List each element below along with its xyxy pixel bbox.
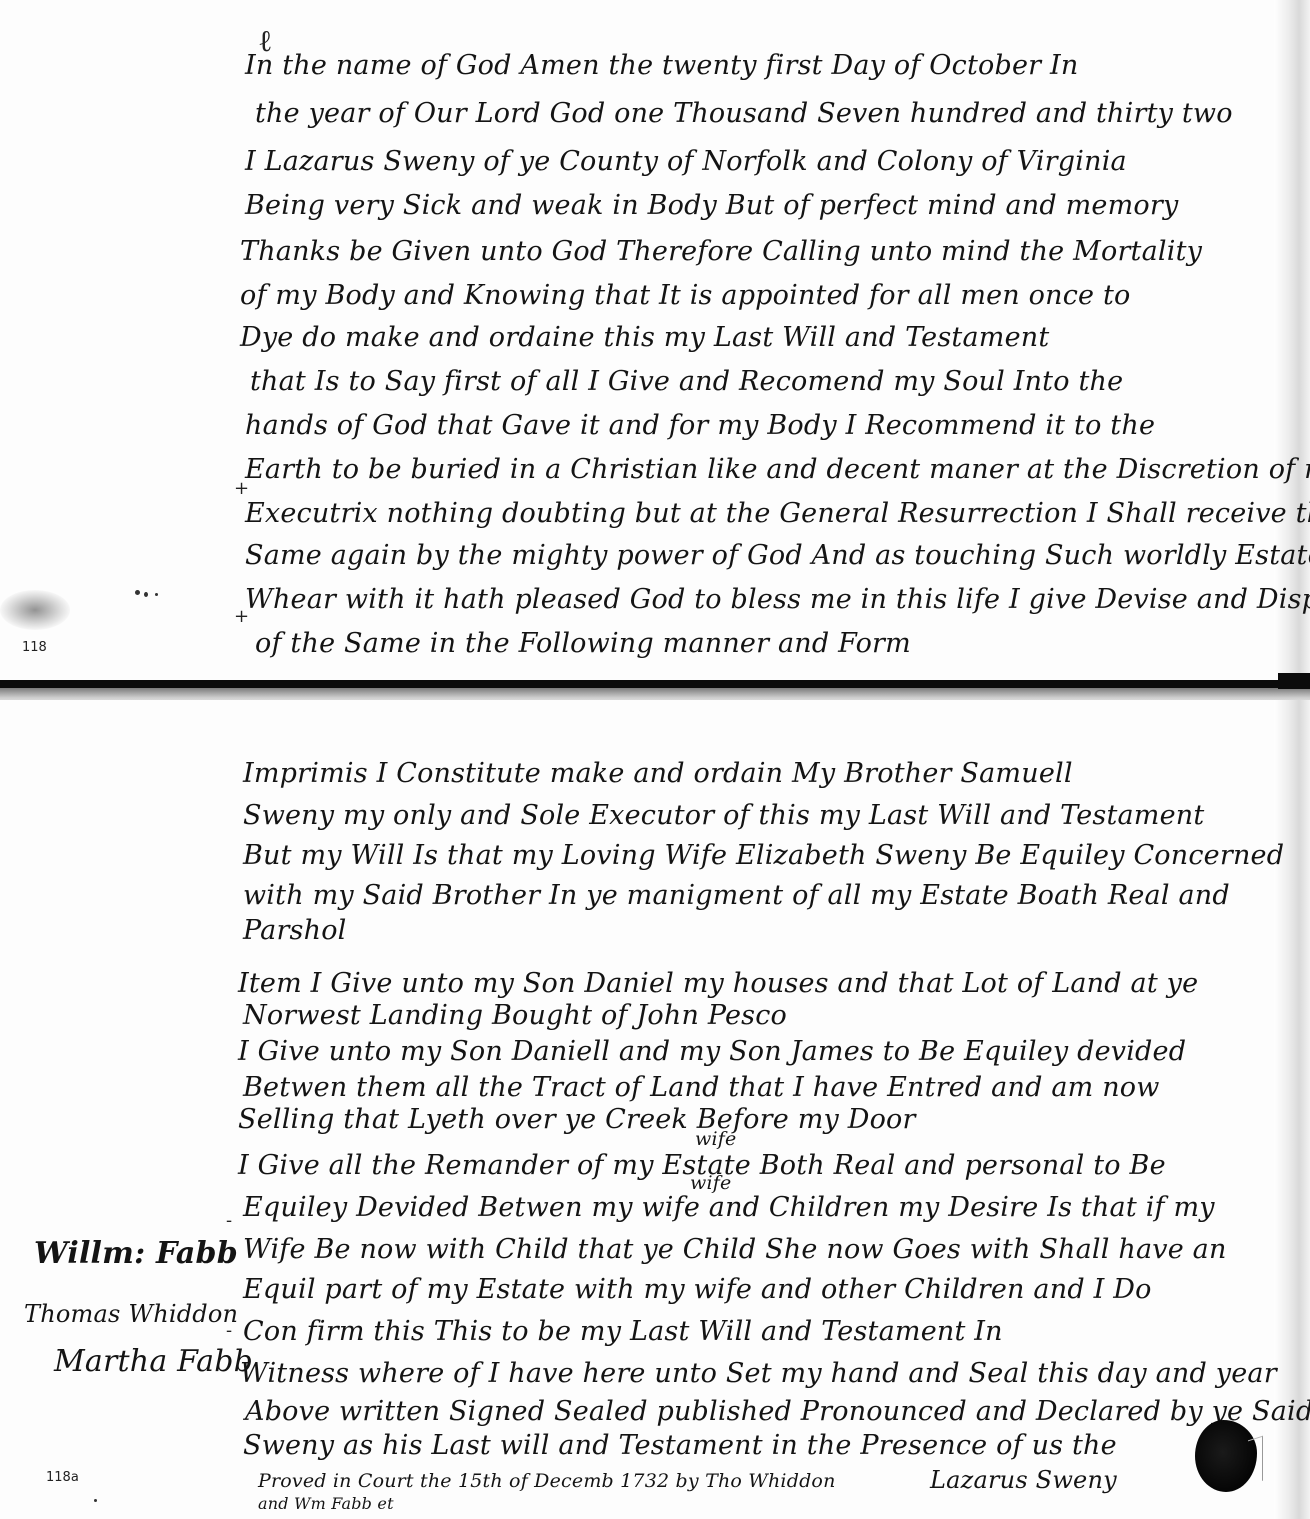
will-line: of the Same in the Following manner and …	[255, 628, 911, 659]
ink-speck	[144, 592, 148, 597]
ink-speck	[135, 590, 140, 595]
seal-flap	[1248, 1436, 1263, 1486]
will-line: Sweny as his Last will and Testament in …	[243, 1430, 1117, 1461]
will-line: Wife Be now with Child that ye Child She…	[243, 1234, 1227, 1265]
probate-note: and Wm Fabb et	[258, 1494, 394, 1513]
will-line: Item I Give unto my Son Daniel my houses…	[238, 968, 1198, 999]
margin-dash: -	[226, 1210, 232, 1231]
witness-signature: Martha Fabb	[54, 1344, 253, 1379]
will-line: Equiley Devided Betwen my wife and Child…	[243, 1192, 1215, 1223]
margin-cross-mark: +	[234, 478, 249, 499]
witness-signature: Willm: Fabb	[34, 1236, 238, 1271]
ink-speck	[155, 593, 158, 596]
will-line: Con firm this This to be my Last Will an…	[243, 1316, 1003, 1347]
will-line: Imprimis I Constitute make and ordain My…	[243, 758, 1073, 789]
will-line: Same again by the mighty power of God An…	[245, 540, 1310, 571]
will-line: Selling that Lyeth over ye Creek Before …	[238, 1104, 916, 1135]
testator-signature: Lazarus Sweny	[930, 1466, 1117, 1494]
will-line: Whear with it hath pleased God to bless …	[245, 584, 1310, 615]
will-line: Witness where of I have here unto Set my…	[240, 1358, 1277, 1389]
ink-speck	[94, 1499, 97, 1502]
paper-stain	[0, 590, 70, 630]
will-line: I Lazarus Sweny of ye County of Norfolk …	[245, 146, 1127, 177]
will-line: Thanks be Given unto God Therefore Calli…	[240, 236, 1202, 267]
will-line: of my Body and Knowing that It is appoin…	[240, 280, 1131, 311]
interlineation: wife	[695, 1128, 736, 1150]
probate-note: Proved in Court the 15th of Decemb 1732 …	[258, 1470, 836, 1492]
will-line: In the name of God Amen the twenty first…	[245, 50, 1078, 81]
witness-signature: Thomas Whiddon	[24, 1300, 238, 1328]
will-line: Earth to be buried in a Christian like a…	[245, 454, 1310, 485]
will-line: with my Said Brother In ye manigment of …	[243, 880, 1230, 911]
margin-dash: -	[226, 1320, 232, 1341]
folio-number: 118	[22, 640, 47, 655]
will-line: Executrix nothing doubting but at the Ge…	[245, 498, 1310, 529]
page-edge-shadow	[1274, 0, 1310, 680]
will-line: Equil part of my Estate with my wife and…	[243, 1274, 1152, 1305]
folio-number: 118a	[46, 1470, 79, 1485]
will-line: Parshol	[243, 915, 347, 946]
will-line: Being very Sick and weak in Body But of …	[245, 190, 1178, 221]
will-line: the year of Our Lord God one Thousand Se…	[255, 98, 1233, 129]
will-line: Norwest Landing Bought of John Pesco	[243, 1000, 787, 1031]
page-divider-cap	[1278, 673, 1310, 689]
will-line: that Is to Say first of all I Give and R…	[250, 366, 1123, 397]
page-1: ℓ In the name of God Amen the twenty fir…	[0, 0, 1310, 680]
document-scan: ℓ In the name of God Amen the twenty fir…	[0, 0, 1310, 1519]
will-line: Dye do make and ordaine this my Last Wil…	[240, 322, 1049, 353]
will-line: hands of God that Gave it and for my Bod…	[245, 410, 1155, 441]
will-line: Betwen them all the Tract of Land that I…	[243, 1072, 1160, 1103]
page-divider	[0, 680, 1310, 688]
will-line: Sweny my only and Sole Executor of this …	[243, 800, 1204, 831]
will-line: But my Will Is that my Loving Wife Eliza…	[243, 840, 1284, 871]
margin-cross-mark: +	[234, 606, 249, 627]
will-line: I Give unto my Son Daniell and my Son Ja…	[238, 1036, 1186, 1067]
will-line: Above written Signed Sealed published Pr…	[245, 1396, 1310, 1427]
interlineation: wife	[690, 1172, 731, 1194]
